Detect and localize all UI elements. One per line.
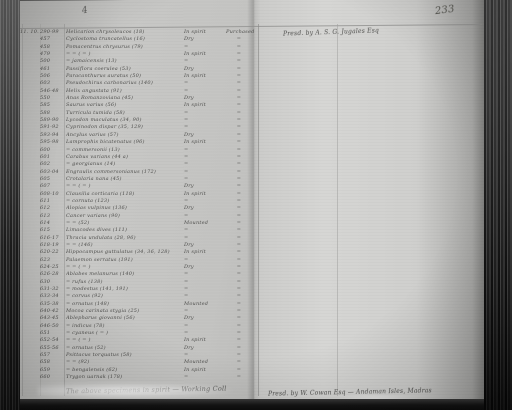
- row-register-number: 595-98: [40, 139, 66, 146]
- row-date: [20, 242, 40, 249]
- row-date: [20, 191, 40, 198]
- row-register-number: 603-04: [40, 169, 66, 176]
- row-species-name: Cyclostoma truncatellus (16): [66, 36, 184, 43]
- row-register-number: 600: [40, 147, 66, 154]
- row-date: [20, 337, 40, 344]
- row-species-name: Anas Romanzoviana (45): [66, 95, 184, 102]
- row-register-number: 646-50: [40, 323, 66, 330]
- ledger-row: 623Palaemon serratus (191)==: [20, 257, 252, 264]
- row-register-number: 658: [40, 359, 66, 366]
- row-species-name: Ancylus varius (57): [66, 132, 184, 139]
- row-species-name: Passiflora coerulea (53): [66, 66, 184, 73]
- row-date: [20, 330, 40, 337]
- row-register-number: 631-32: [40, 286, 66, 293]
- row-remark: =: [226, 161, 252, 168]
- ledger-row: 633-34= corvus (92)==: [20, 293, 252, 300]
- row-date: [20, 257, 40, 264]
- ledger-row: 630= rufus (138)==: [20, 279, 252, 286]
- row-remark: =: [226, 345, 252, 352]
- row-status: In spirit: [184, 29, 226, 36]
- row-register-number: 602: [40, 161, 66, 168]
- ledger-row: 607= = ( = )Dry=: [20, 183, 252, 190]
- row-register-number: 652-54: [40, 337, 66, 344]
- ledger-row: 626-28Ablabes melanurus (140)==: [20, 271, 252, 278]
- row-register-number: 626-28: [40, 271, 66, 278]
- row-register-number: 614: [40, 220, 66, 227]
- row-species-name: Ablabes melanurus (140): [66, 271, 184, 278]
- row-remark: =: [226, 66, 252, 73]
- ledger-row: 593-94Ancylus varius (57)Dry=: [20, 132, 252, 139]
- ledger-row: 615Limacodes dives (111)==: [20, 227, 252, 234]
- row-species-name: = modestus (141, 191): [66, 286, 184, 293]
- row-remark: =: [226, 73, 252, 80]
- row-register-number: 603: [40, 80, 66, 87]
- right-page: [254, 0, 486, 404]
- ledger-row: 546-48Helix angustata (91)==: [20, 88, 252, 95]
- row-remark: =: [226, 271, 252, 278]
- row-species-name: Thracia undulata (28, 96): [66, 235, 184, 242]
- row-date: [20, 132, 40, 139]
- row-date: [20, 220, 40, 227]
- row-date: [20, 80, 40, 87]
- row-remark: =: [226, 367, 252, 374]
- row-date: [20, 117, 40, 124]
- row-species-name: = = ( = ): [66, 264, 184, 271]
- row-register-number: 608-10: [40, 191, 66, 198]
- ledger-row: 591-92Cyprinodon dispar (35, 129)==: [20, 124, 252, 131]
- row-date: [20, 301, 40, 308]
- ledger-row: 635-38= ornatus (148)Mounted=: [20, 301, 252, 308]
- row-date: [20, 227, 40, 234]
- ledger-row: 620-22Hippocampus guttulatus (34, 36, 12…: [20, 249, 252, 256]
- ledger-row: 457Cyclostoma truncatellus (16)Dry=: [20, 36, 252, 43]
- row-species-name: Psittacus torquatus (58): [66, 352, 184, 359]
- row-remark: =: [226, 359, 252, 366]
- row-remark: =: [226, 308, 252, 315]
- ledger-row: 585Saurus varius (56)In spirit=: [20, 102, 252, 109]
- row-register-number: 601: [40, 154, 66, 161]
- ledger-row: 603Pseudochirus carbonarius (140)==: [20, 80, 252, 87]
- row-date: [20, 58, 40, 65]
- camera-glare: [38, 382, 238, 400]
- row-register-number: 633-34: [40, 293, 66, 300]
- ledger-row: 602= georgianus (14)==: [20, 161, 252, 168]
- row-date: [20, 264, 40, 271]
- ledger-row: 600= commersonii (13)==: [20, 147, 252, 154]
- row-status: =: [184, 213, 226, 220]
- row-register-number: 591-92: [40, 124, 66, 131]
- row-remark: =: [226, 132, 252, 139]
- row-remark: =: [226, 147, 252, 154]
- row-species-name: Saurus varius (56): [66, 102, 184, 109]
- row-status: In spirit: [184, 51, 226, 58]
- ledger-rows: 11. 10.290-99Helicarion chrysoleucos (18…: [20, 29, 252, 382]
- ledger-row: 11. 10.290-99Helicarion chrysoleucos (18…: [20, 29, 252, 36]
- row-date: [20, 102, 40, 109]
- row-remark: =: [226, 124, 252, 131]
- row-remark: =: [226, 58, 252, 65]
- row-date: [20, 110, 40, 117]
- row-status: Dry: [184, 95, 226, 102]
- row-status: =: [184, 110, 226, 117]
- row-date: [20, 66, 40, 73]
- row-register-number: 479: [40, 51, 66, 58]
- row-status: =: [184, 44, 226, 51]
- row-status: In spirit: [184, 191, 226, 198]
- row-register-number: 613: [40, 213, 66, 220]
- row-remark: =: [226, 279, 252, 286]
- row-status: =: [184, 257, 226, 264]
- row-date: [20, 183, 40, 190]
- row-status: =: [184, 154, 226, 161]
- row-register-number: 550: [40, 95, 66, 102]
- row-register-number: 457: [40, 36, 66, 43]
- row-remark: =: [226, 176, 252, 183]
- row-species-name: = = ( = ): [66, 337, 184, 344]
- row-date: [20, 73, 40, 80]
- row-status: =: [184, 323, 226, 330]
- row-register-number: 640-42: [40, 308, 66, 315]
- row-remark: =: [226, 139, 252, 146]
- row-remark: =: [226, 323, 252, 330]
- row-register-number: 290-99: [40, 29, 66, 36]
- row-status: =: [184, 308, 226, 315]
- row-register-number: 643-45: [40, 315, 66, 322]
- row-species-name: Hippocampus guttulatus (34, 36, 128): [66, 249, 184, 256]
- row-date: [20, 235, 40, 242]
- row-status: Dry: [184, 345, 226, 352]
- row-species-name: = cornuta (123): [66, 198, 184, 205]
- row-remark: =: [226, 257, 252, 264]
- row-status: =: [184, 88, 226, 95]
- page-block-edge-right: [484, 0, 512, 410]
- row-register-number: 588: [40, 110, 66, 117]
- row-species-name: = bengalensis (62): [66, 367, 184, 374]
- row-register-number: 589-90: [40, 117, 66, 124]
- row-remark: =: [226, 235, 252, 242]
- ledger-row: 616-17Thracia undulata (28, 96)==: [20, 235, 252, 242]
- row-status: In spirit: [184, 337, 226, 344]
- row-status: Mounted: [184, 301, 226, 308]
- ledger-row: 605Crotalaria nana (45)==: [20, 176, 252, 183]
- ledger-row: 550Anas Romanzoviana (45)Dry=: [20, 95, 252, 102]
- row-species-name: Trygon uarnak (178): [66, 374, 184, 381]
- row-status: Dry: [184, 242, 226, 249]
- row-date: [20, 176, 40, 183]
- row-date: [20, 44, 40, 51]
- ledger-row: 659= bengalensis (62)In spirit=: [20, 367, 252, 374]
- row-remark: =: [226, 51, 252, 58]
- row-species-name: = = (52): [66, 220, 184, 227]
- row-remark: =: [226, 293, 252, 300]
- row-status: =: [184, 330, 226, 337]
- row-register-number: 607: [40, 183, 66, 190]
- row-status: =: [184, 235, 226, 242]
- ledger-row: 601Carabus varians (44 a)==: [20, 154, 252, 161]
- ledger-row: 608-10Clausilia corticaria (118)In spiri…: [20, 191, 252, 198]
- row-remark: =: [226, 286, 252, 293]
- row-remark: =: [226, 301, 252, 308]
- ledger-row: 643-45Ablepharus giovanni (56)Dry=: [20, 315, 252, 322]
- row-status: =: [184, 198, 226, 205]
- row-date: [20, 51, 40, 58]
- row-register-number: 624-25: [40, 264, 66, 271]
- row-register-number: 630: [40, 279, 66, 286]
- row-species-name: Lamprophis bicatenatus (96): [66, 139, 184, 146]
- row-species-name: = = (146): [66, 242, 184, 249]
- row-register-number: 605: [40, 176, 66, 183]
- row-species-name: Mocoa carinata stygia (25): [66, 308, 184, 315]
- row-status: =: [184, 169, 226, 176]
- row-remark: =: [226, 117, 252, 124]
- ledger-row: 595-98Lamprophis bicatenatus (96)In spir…: [20, 139, 252, 146]
- row-species-name: Clausilia corticaria (118): [66, 191, 184, 198]
- ledger-row: 618-19= = (146)Dry=: [20, 242, 252, 249]
- row-remark: =: [226, 80, 252, 87]
- ledger-row: 588Turricula tumida (58)==: [20, 110, 252, 117]
- row-date: [20, 124, 40, 131]
- row-remark: =: [226, 337, 252, 344]
- row-species-name: Helix angustata (91): [66, 88, 184, 95]
- register-book-photo: 4 233 Presd. by A. S. G. Jugales Esq 11.…: [0, 0, 512, 410]
- row-species-name: = = (92): [66, 359, 184, 366]
- row-date: [20, 315, 40, 322]
- row-species-name: = commersonii (13): [66, 147, 184, 154]
- row-register-number: 593-94: [40, 132, 66, 139]
- row-status: Dry: [184, 264, 226, 271]
- row-species-name: = ornatus (52): [66, 345, 184, 352]
- row-status: =: [184, 80, 226, 87]
- row-register-number: 546-48: [40, 88, 66, 95]
- row-date: [20, 139, 40, 146]
- row-remark: =: [226, 213, 252, 220]
- row-remark: =: [226, 36, 252, 43]
- row-register-number: 612: [40, 205, 66, 212]
- row-register-number: 651: [40, 330, 66, 337]
- row-remark: =: [226, 242, 252, 249]
- row-status: Dry: [184, 132, 226, 139]
- ledger-row: 657Psittacus torquatus (58)==: [20, 352, 252, 359]
- row-date: [20, 271, 40, 278]
- ledger-row: 640-42Mocoa carinata stygia (25)==: [20, 308, 252, 315]
- row-register-number: 618-19: [40, 242, 66, 249]
- row-status: =: [184, 374, 226, 381]
- ledger-row: 611= cornuta (123)==: [20, 198, 252, 205]
- row-date: [20, 161, 40, 168]
- row-status: In spirit: [184, 249, 226, 256]
- row-remark: =: [226, 183, 252, 190]
- row-date: [20, 198, 40, 205]
- row-status: Mounted: [184, 220, 226, 227]
- row-date: [20, 345, 40, 352]
- row-species-name: Limacodes dives (111): [66, 227, 184, 234]
- page-block-edge-left: [0, 0, 20, 410]
- ledger-row: 458Pomacentrus chrysurus (79)==: [20, 44, 252, 51]
- ledger-row: 603-04Engraulis commersonianus (172)==: [20, 169, 252, 176]
- row-species-name: Helicarion chrysoleucos (18): [66, 29, 184, 36]
- ledger-row: 614= = (52)Mounted=: [20, 220, 252, 227]
- row-register-number: 620-22: [40, 249, 66, 256]
- row-date: [20, 249, 40, 256]
- row-species-name: Crotalaria nana (45): [66, 176, 184, 183]
- row-register-number: 506: [40, 73, 66, 80]
- row-species-name: Cyprinodon dispar (35, 129): [66, 124, 184, 131]
- row-register-number: 657: [40, 352, 66, 359]
- row-date: [20, 308, 40, 315]
- row-remark: =: [226, 264, 252, 271]
- ledger-row: 500= jamaicensis (13)==: [20, 58, 252, 65]
- ledger-row: 589-90Lycodon maculatus (34, 90)==: [20, 117, 252, 124]
- row-remark: =: [226, 191, 252, 198]
- row-status: =: [184, 147, 226, 154]
- row-species-name: = indicus (78): [66, 323, 184, 330]
- row-species-name: = georgianus (14): [66, 161, 184, 168]
- ledger-row: 624-25= = ( = )Dry=: [20, 264, 252, 271]
- row-status: In spirit: [184, 139, 226, 146]
- column-rule-gutter-right-page: [258, 24, 259, 396]
- ledger-row: 651= cyaneus ( = )==: [20, 330, 252, 337]
- row-register-number: 659: [40, 367, 66, 374]
- book-bottom-edge: [0, 399, 512, 410]
- row-date: [20, 213, 40, 220]
- row-remark: =: [226, 352, 252, 359]
- row-date: [20, 279, 40, 286]
- row-status: Dry: [184, 183, 226, 190]
- ledger-row: 655-56= ornatus (52)Dry=: [20, 345, 252, 352]
- ledger-row: 612Alopias vulpinus (136)Dry=: [20, 205, 252, 212]
- row-species-name: Lycodon maculatus (34, 90): [66, 117, 184, 124]
- row-species-name: Paracanthurus auratus (50): [66, 73, 184, 80]
- row-species-name: = = ( = ): [66, 183, 184, 190]
- row-status: Dry: [184, 36, 226, 43]
- row-species-name: = corvus (92): [66, 293, 184, 300]
- row-remark: =: [226, 198, 252, 205]
- row-remark: =: [226, 315, 252, 322]
- row-species-name: Pseudochirus carbonarius (140): [66, 80, 184, 87]
- row-date: [20, 169, 40, 176]
- row-date: [20, 352, 40, 359]
- row-species-name: Ablepharus giovanni (56): [66, 315, 184, 322]
- row-status: =: [184, 271, 226, 278]
- row-status: =: [184, 176, 226, 183]
- row-register-number: 623: [40, 257, 66, 264]
- row-date: [20, 88, 40, 95]
- row-date: [20, 95, 40, 102]
- row-remark: =: [226, 249, 252, 256]
- row-status: In spirit: [184, 367, 226, 374]
- row-register-number: 585: [40, 102, 66, 109]
- row-date: [20, 147, 40, 154]
- row-remark: =: [226, 169, 252, 176]
- row-species-name: = = ( = ): [66, 51, 184, 58]
- row-species-name: = cyaneus ( = ): [66, 330, 184, 337]
- row-status: =: [184, 58, 226, 65]
- row-date: [20, 374, 40, 381]
- row-register-number: 655-56: [40, 345, 66, 352]
- row-remark: =: [226, 110, 252, 117]
- ledger-row: 631-32= modestus (141, 191)==: [20, 286, 252, 293]
- row-species-name: = rufus (138): [66, 279, 184, 286]
- row-remark: =: [226, 374, 252, 381]
- row-date: [20, 293, 40, 300]
- row-register-number: 616-17: [40, 235, 66, 242]
- row-date: [20, 205, 40, 212]
- ledger-row: 506Paracanthurus auratus (50)In spirit=: [20, 73, 252, 80]
- row-status: Dry: [184, 315, 226, 322]
- row-species-name: Engraulis commersonianus (172): [66, 169, 184, 176]
- row-register-number: 500: [40, 58, 66, 65]
- row-remark: Purchased: [226, 29, 252, 36]
- row-remark: =: [226, 88, 252, 95]
- row-remark: =: [226, 44, 252, 51]
- ledger-row: 646-50= indicus (78)==: [20, 323, 252, 330]
- row-date: [20, 323, 40, 330]
- row-status: Dry: [184, 205, 226, 212]
- ledger-row: 660Trygon uarnak (178)==: [20, 374, 252, 381]
- row-register-number: 660: [40, 374, 66, 381]
- row-status: =: [184, 227, 226, 234]
- row-status: =: [184, 286, 226, 293]
- row-register-number: 461: [40, 66, 66, 73]
- row-species-name: = ornatus (148): [66, 301, 184, 308]
- row-status: =: [184, 161, 226, 168]
- row-remark: =: [226, 102, 252, 109]
- row-remark: =: [226, 227, 252, 234]
- row-species-name: Pomacentrus chrysurus (79): [66, 44, 184, 51]
- row-remark: =: [226, 95, 252, 102]
- row-register-number: 615: [40, 227, 66, 234]
- row-species-name: Turricula tumida (58): [66, 110, 184, 117]
- row-register-number: 611: [40, 198, 66, 205]
- row-date: [20, 154, 40, 161]
- row-date: [20, 359, 40, 366]
- row-status: In spirit: [184, 102, 226, 109]
- row-date: [20, 36, 40, 43]
- row-date: 11. 10.: [20, 29, 40, 36]
- row-status: =: [184, 293, 226, 300]
- row-remark: =: [226, 154, 252, 161]
- row-register-number: 635-38: [40, 301, 66, 308]
- row-remark: =: [226, 220, 252, 227]
- row-status: =: [184, 124, 226, 131]
- row-status: =: [184, 279, 226, 286]
- row-remark: =: [226, 205, 252, 212]
- row-species-name: Carabus varians (44 a): [66, 154, 184, 161]
- row-status: =: [184, 117, 226, 124]
- row-status: =: [184, 352, 226, 359]
- ledger-row: 461Passiflora coerulea (53)Dry=: [20, 66, 252, 73]
- row-status: Dry: [184, 66, 226, 73]
- row-species-name: = jamaicensis (13): [66, 58, 184, 65]
- row-species-name: Alopias vulpinus (136): [66, 205, 184, 212]
- row-species-name: Palaemon serratus (191): [66, 257, 184, 264]
- row-date: [20, 286, 40, 293]
- ledger-row: 652-54= = ( = )In spirit=: [20, 337, 252, 344]
- row-status: Mounted: [184, 359, 226, 366]
- row-remark: =: [226, 330, 252, 337]
- column-rule-right-page: [337, 24, 338, 396]
- ledger-row: 479= = ( = )In spirit=: [20, 51, 252, 58]
- row-date: [20, 367, 40, 374]
- row-register-number: 458: [40, 44, 66, 51]
- row-status: In spirit: [184, 73, 226, 80]
- ledger-row: 613Cancer varians (90)==: [20, 213, 252, 220]
- ledger-row: 658= = (92)Mounted=: [20, 359, 252, 366]
- row-species-name: Cancer varians (90): [66, 213, 184, 220]
